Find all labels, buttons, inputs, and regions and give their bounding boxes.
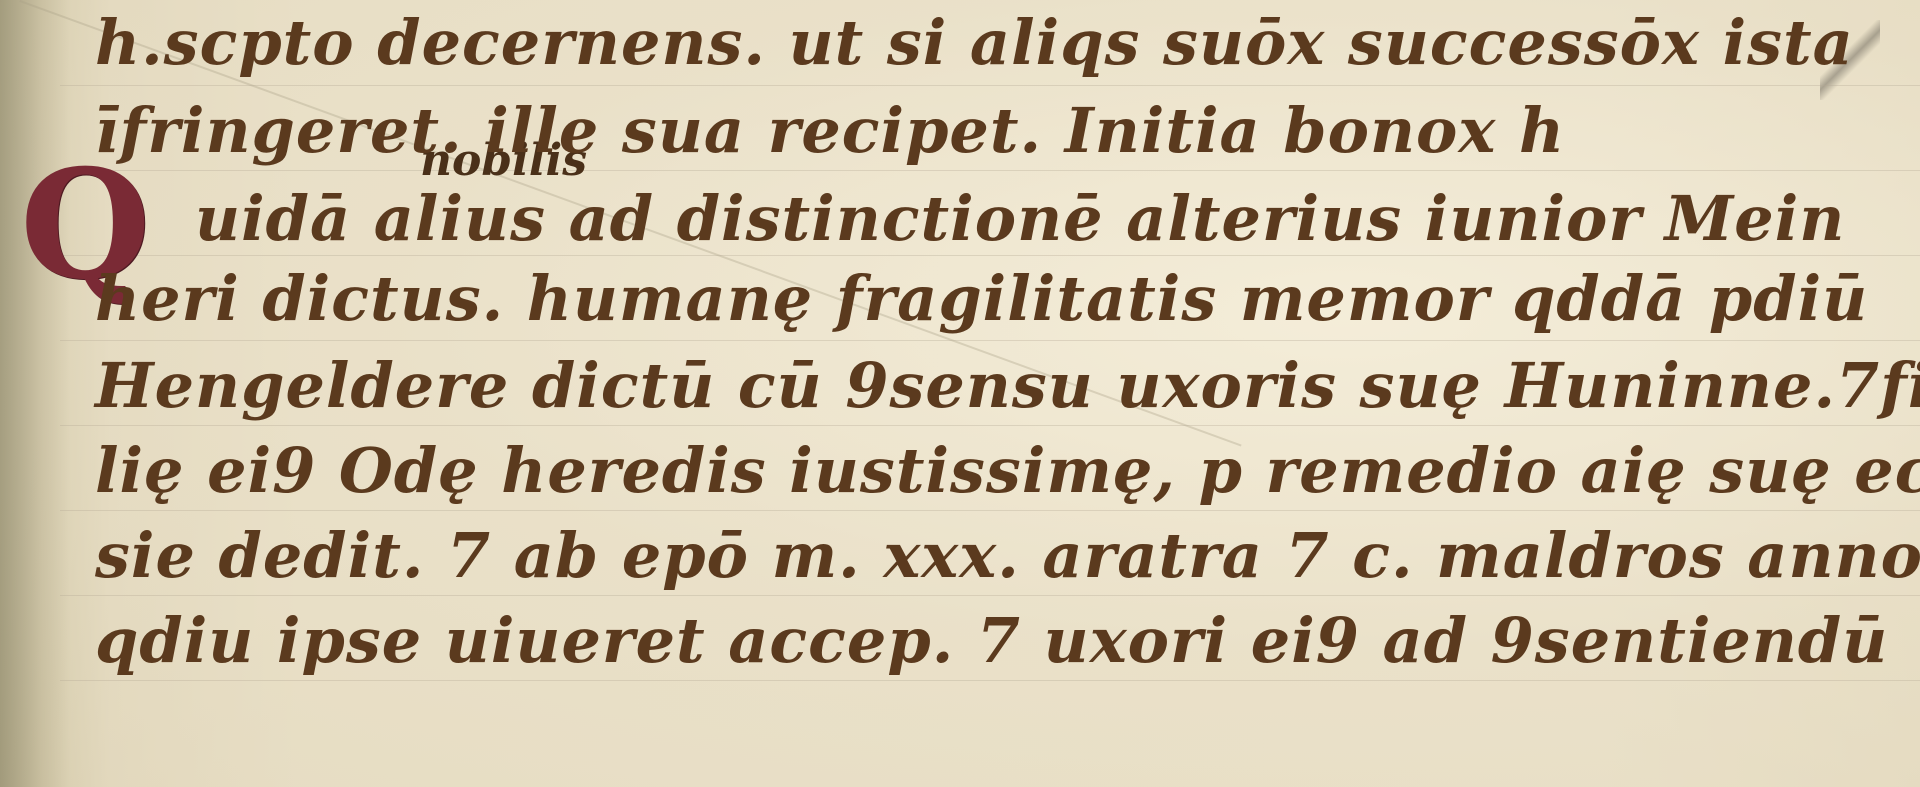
ruling-line — [60, 595, 1920, 596]
manuscript-line-2: īfringeret. ille sua recipet. Initia bon… — [95, 100, 1565, 162]
ruling-line — [60, 680, 1920, 681]
ruling-line — [60, 425, 1920, 426]
manuscript-line-6: lię ei9 Odę heredis iustissimę, p remedi… — [95, 440, 1920, 502]
manuscript-line-4: heri dictus. humanę fragilitatis memor q… — [95, 268, 1868, 330]
ruling-line — [60, 85, 1920, 86]
manuscript-line-1: h.scpto decernens. ut si aliqs suōx suc… — [95, 12, 1854, 74]
ruling-line — [60, 340, 1920, 341]
manuscript-line-8: qdiu ipse uiueret accep. 7 uxori ei9 ad … — [95, 610, 1888, 672]
manuscript-line-5: Hengeldere dictū cū 9sensu uxoris suę … — [95, 355, 1920, 417]
manuscript-line-7: sie dedit. 7 ab epō m. xxx. aratra 7 c.… — [95, 525, 1920, 587]
binding-gutter-shadow — [0, 0, 70, 787]
ruling-line — [60, 170, 1920, 171]
ruling-line — [60, 510, 1920, 511]
ruling-line — [60, 255, 1920, 256]
manuscript-line-3: uidā alius ad distinctionē alterius iu… — [195, 188, 1845, 250]
